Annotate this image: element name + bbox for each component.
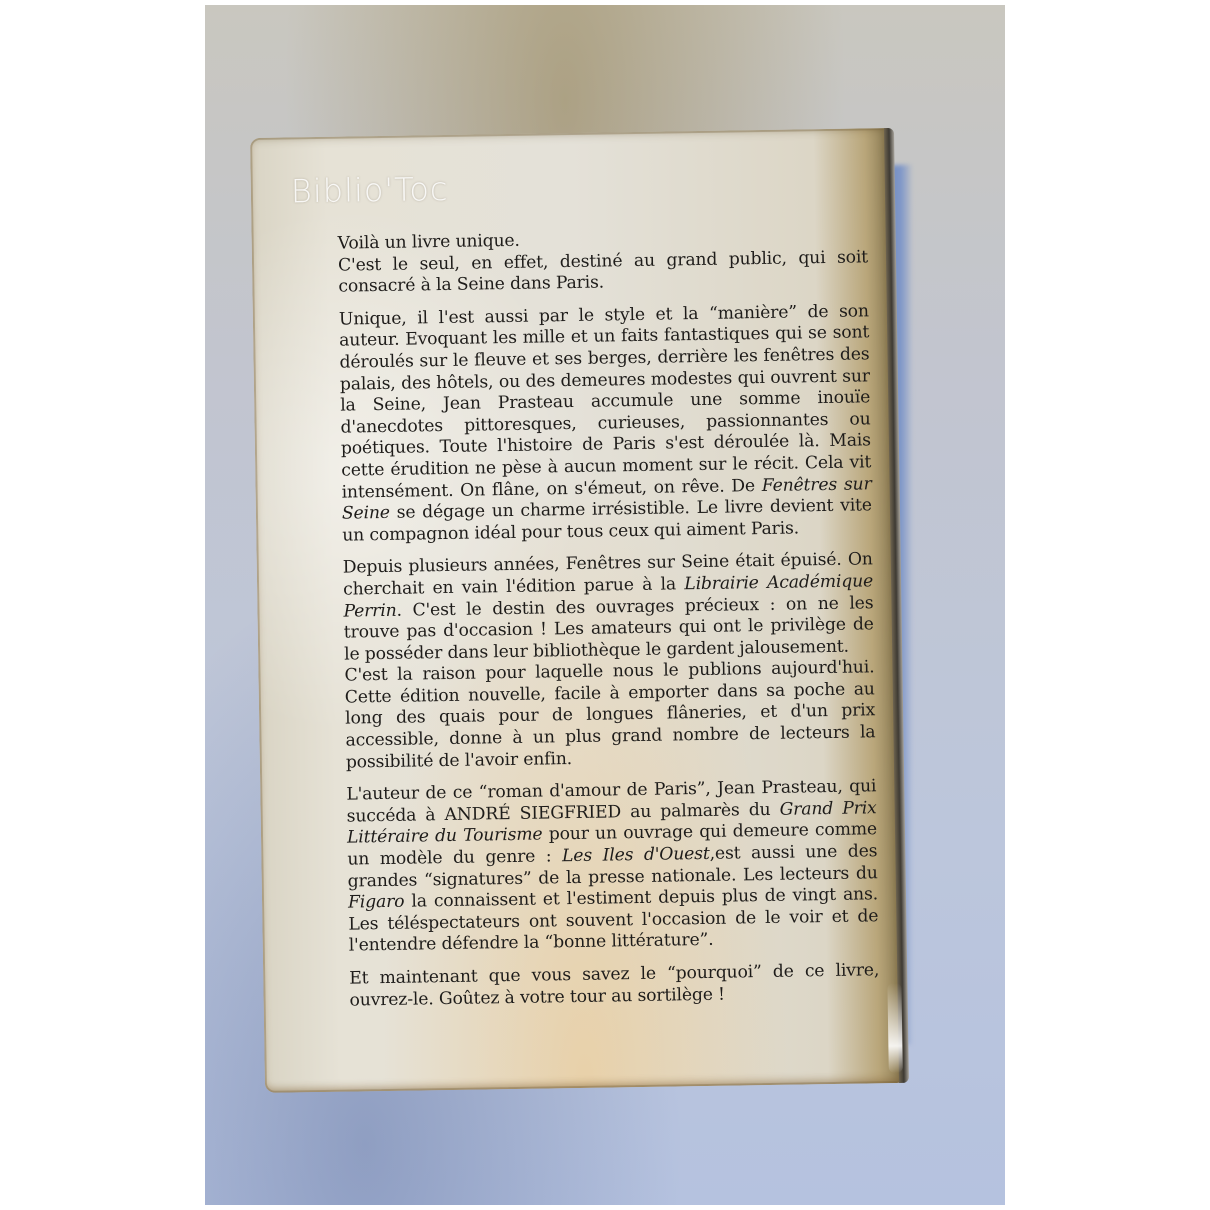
watermark-logo: Biblio'Toc [291, 170, 449, 210]
plastic-glare [887, 983, 902, 1073]
paragraph-reason: C'est la raison pour laquelle nous le pu… [344, 658, 876, 774]
text-run: la connaissent et l'estiment depuis plus… [348, 884, 878, 956]
book-back-cover: Biblio'Toc Voilà un livre unique. C'est … [250, 128, 905, 1093]
paragraph-closing: Et maintenant que vous savez le “pourquo… [349, 960, 880, 1012]
paragraph-history: Depuis plusieurs années, Fenêtres sur Se… [343, 550, 875, 666]
work-title-italic: Les Iles d'Ouest [562, 844, 710, 866]
intro-line-2: C'est le seul, en effet, destiné au gran… [338, 247, 868, 297]
text-run: Unique, il l'est aussi par le style et l… [339, 301, 872, 502]
newspaper-italic: Figaro [348, 892, 405, 913]
text-run: . C'est le destin des ouvrages précieux … [344, 593, 874, 665]
back-cover-blurb: Voilà un livre unique. C'est le seul, en… [338, 225, 880, 1022]
book-photo: Biblio'Toc Voilà un livre unique. C'est … [205, 5, 1005, 1205]
paragraph-intro: Voilà un livre unique. C'est le seul, en… [338, 225, 869, 298]
paragraph-style: Unique, il l'est aussi par le style et l… [339, 301, 873, 547]
paragraph-author: L'auteur de ce “roman d'amour de Paris”,… [346, 777, 879, 958]
text-run: se dégage un charme irrésistible. Le liv… [342, 495, 872, 545]
